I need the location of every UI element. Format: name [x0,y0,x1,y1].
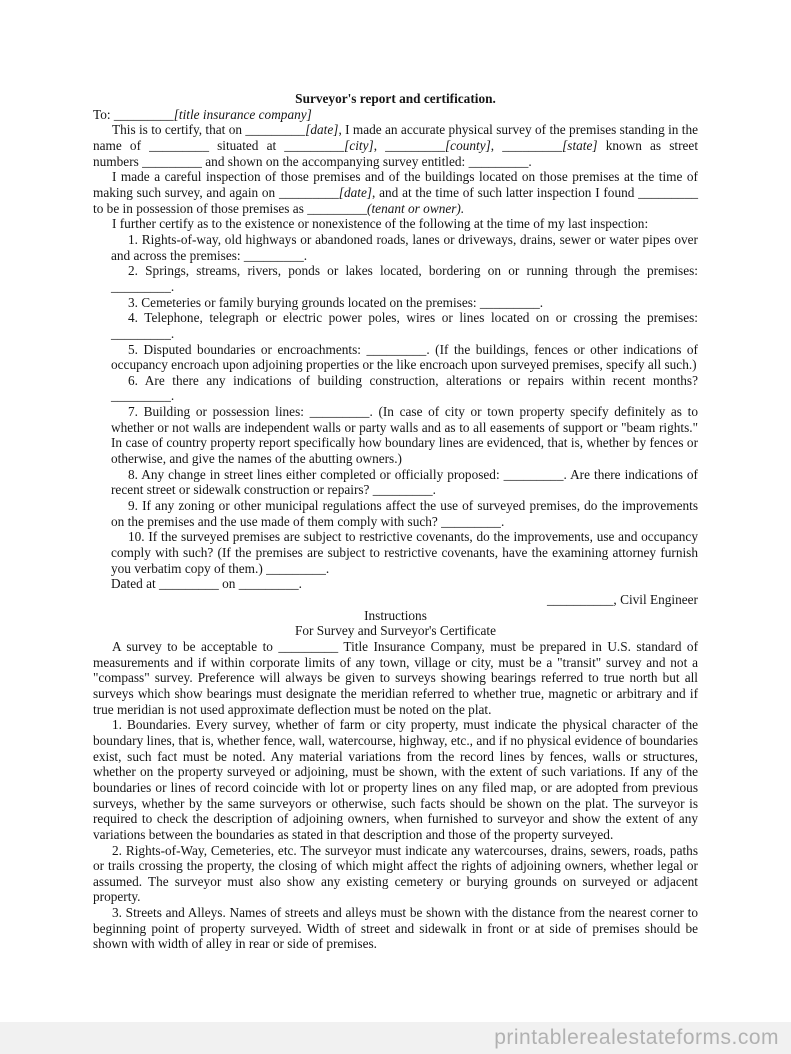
inspection-items-list: 1. Rights-of-way, old highways or abando… [93,232,698,576]
inspection-item-1: 1. Rights-of-way, old highways or abando… [111,232,698,263]
instructions-subheading: For Survey and Surveyor's Certificate [93,623,698,639]
instructions-intro-paragraph: A survey to be acceptable to _________ T… [93,639,698,717]
instructions-boundaries-paragraph: 1. Boundaries. Every survey, whether of … [93,717,698,842]
signature-line: __________, Civil Engineer [93,592,698,608]
instructions-streets-alleys-paragraph: 3. Streets and Alleys. Names of streets … [93,905,698,952]
inspection-paragraph: I made a careful inspection of those pre… [93,169,698,216]
inspection-item-5: 5. Disputed boundaries or encroachments:… [111,342,698,373]
inspection-item-3: 3. Cemeteries or family burying grounds … [111,295,698,311]
instructions-section: Instructions For Survey and Surveyor's C… [93,608,698,952]
inspection-item-8: 8. Any change in street lines either com… [111,467,698,498]
site-watermark-text: printablerealestateforms.com [494,1026,779,1049]
inspection-item-4: 4. Telephone, telegraph or electric powe… [111,310,698,341]
certify-paragraph: This is to certify, that on _________[da… [93,122,698,169]
inspection-item-7: 7. Building or possession lines: _______… [111,404,698,467]
to-line: To: _________[title insurance company] [93,107,698,123]
report-title: Surveyor's report and certification. [93,91,698,107]
inspection-item-6: 6. Are there any indications of building… [111,373,698,404]
further-certify-line: I further certify as to the existence or… [93,216,698,232]
dated-line: Dated at _________ on _________. [111,576,698,592]
inspection-item-9: 9. If any zoning or other municipal regu… [111,498,698,529]
footer-watermark-bar: printablerealestateforms.com [0,1022,791,1054]
instructions-rights-of-way-paragraph: 2. Rights-of-Way, Cemeteries, etc. The s… [93,843,698,906]
instructions-heading: Instructions [93,608,698,624]
inspection-item-2: 2. Springs, streams, rivers, ponds or la… [111,263,698,294]
inspection-item-10: 10. If the surveyed premises are subject… [111,529,698,576]
surveyor-report-document: Surveyor's report and certification. To:… [93,91,698,952]
